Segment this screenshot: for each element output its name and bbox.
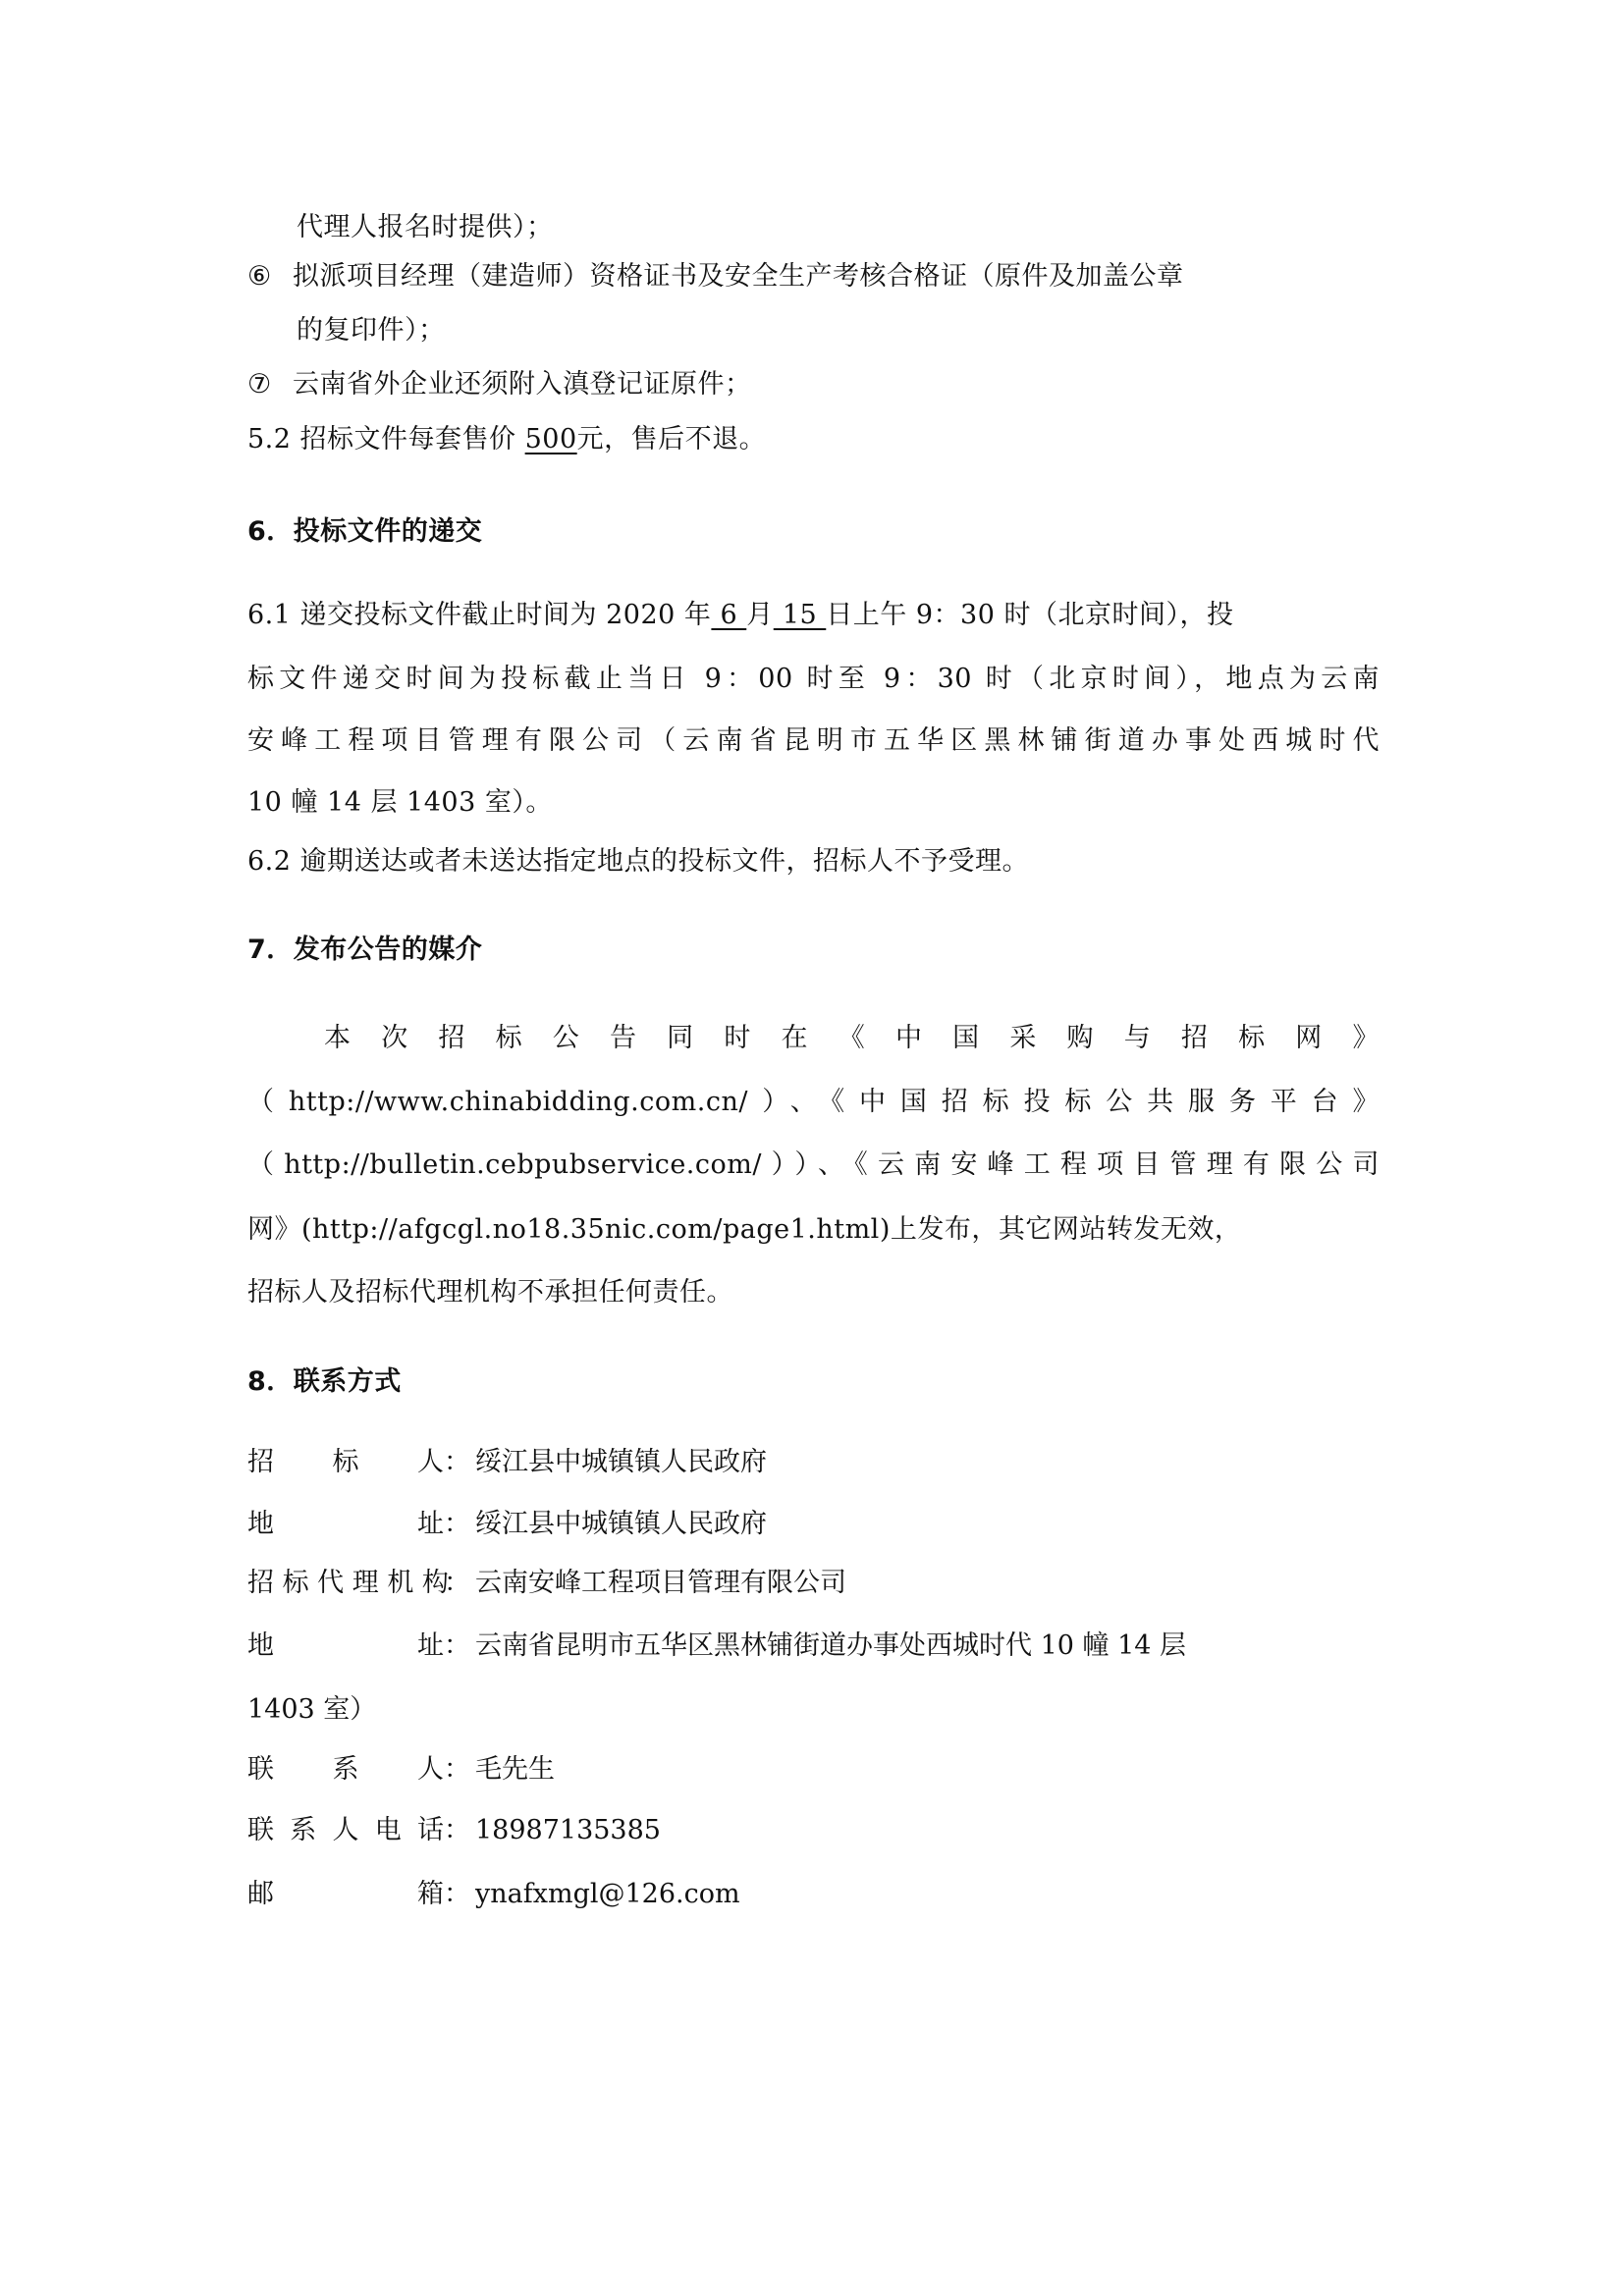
p61-line3: 安峰工程项目管理有限公司（云南省昆明市五华区黑林铺街道办事处西城时代 xyxy=(247,723,1380,759)
colon: ： xyxy=(444,1566,475,1601)
contact-label: 邮 箱 xyxy=(247,1877,444,1912)
item6-text: 拟派项目经理（建造师）资格证书及安全生产考核合格证（原件及加盖公章 xyxy=(293,261,1184,292)
p52-suffix: 元，售后不退。 xyxy=(577,424,767,454)
p61-line4: 10 幢 14 层 1403 室）。 xyxy=(247,785,1380,821)
contact-label: 地 址 xyxy=(247,1629,444,1664)
document-page: 代理人报名时提供）； ⑥拟派项目经理（建造师）资格证书及安全生产考核合格证（原件… xyxy=(0,0,1624,2296)
paragraph-6-2: 6.2 逾期送达或者未送达指定地点的投标文件，招标人不予受理。 xyxy=(247,844,1380,880)
contact-value: ynafxmgl@126.com xyxy=(475,1879,740,1909)
contact-value: 绥江县中城镇镇人民政府 xyxy=(475,1447,767,1477)
item6-line1: ⑥拟派项目经理（建造师）资格证书及安全生产考核合格证（原件及加盖公章 xyxy=(247,259,1380,294)
colon: ： xyxy=(444,1629,475,1664)
colon: ： xyxy=(444,1507,475,1542)
section-8-heading: 8．联系方式 xyxy=(247,1364,1380,1400)
price-value: 500 xyxy=(525,424,577,454)
contact-tenderer: 招 标 人：绥江县中城镇镇人民政府 xyxy=(247,1445,767,1480)
p61-a: 6.1 递交投标文件截止时间为 2020 年 xyxy=(247,600,711,630)
colon: ： xyxy=(444,1813,475,1848)
contact-label: 招 标 人 xyxy=(247,1445,444,1480)
contact-person: 联 系 人：毛先生 xyxy=(247,1752,555,1788)
s7-line1: 本次招标公告同时在《中国采购与招标网》 xyxy=(324,1021,1380,1056)
item5-continuation: 代理人报名时提供）； xyxy=(297,210,1380,245)
contact-tenderer-address: 地 址：绥江县中城镇镇人民政府 xyxy=(247,1507,767,1542)
contact-agency: 招 标 代 理 机 构：云南安峰工程项目管理有限公司 xyxy=(247,1566,846,1601)
colon: ： xyxy=(444,1877,475,1912)
s7-line5: 招标人及招标代理机构不承担任何责任。 xyxy=(247,1275,1380,1310)
item7-marker: ⑦ xyxy=(247,367,293,402)
contact-value: 云南省昆明市五华区黑林铺街道办事处西城时代 10 幢 14 层 xyxy=(475,1630,1186,1661)
contact-value: 毛先生 xyxy=(475,1754,555,1785)
item7-text: 云南省外企业还须附入滇登记证原件； xyxy=(293,369,752,400)
contact-label: 地 址 xyxy=(247,1507,444,1542)
contact-value: 18987135385 xyxy=(475,1815,661,1845)
contact-value: 1403 室） xyxy=(247,1694,376,1725)
item6-marker: ⑥ xyxy=(247,259,293,294)
contact-label: 招 标 代 理 机 构 xyxy=(247,1566,444,1601)
paragraph-5-2: 5.2 招标文件每套售价 500元，售后不退。 xyxy=(247,422,1380,457)
contact-phone: 联 系 人 电 话：18987135385 xyxy=(247,1813,661,1848)
contact-label: 联 系 人 xyxy=(247,1752,444,1788)
colon: ： xyxy=(444,1752,475,1788)
section-6-heading: 6．投标文件的递交 xyxy=(247,514,1380,550)
s7-line4: 网》(http://afgcgl.no18.35nic.com/page1.ht… xyxy=(247,1212,1380,1248)
contact-value: 绥江县中城镇镇人民政府 xyxy=(475,1509,767,1539)
contact-label: 联 系 人 电 话 xyxy=(247,1813,444,1848)
p61-line2: 标文件递交时间为投标截止当日 9：00 时至 9：30 时（北京时间），地点为云… xyxy=(247,662,1380,697)
section-7-heading: 7．发布公告的媒介 xyxy=(247,933,1380,968)
p61-c: 日上午 9：30 时（北京时间），投 xyxy=(826,600,1233,630)
s7-line3: （http://bulletin.cebpubservice.com/））、《云… xyxy=(247,1148,1380,1183)
p52-prefix: 5.2 招标文件每套售价 xyxy=(247,424,516,454)
item7: ⑦云南省外企业还须附入滇登记证原件； xyxy=(247,367,1380,402)
contact-email: 邮 箱：ynafxmgl@126.com xyxy=(247,1877,740,1912)
colon: ： xyxy=(444,1445,475,1480)
deadline-day: 15 xyxy=(774,600,827,630)
item6-line2: 的复印件）； xyxy=(297,313,1380,348)
p61-b: 月 xyxy=(746,600,774,630)
deadline-month: 6 xyxy=(711,600,746,630)
p61-line1: 6.1 递交投标文件截止时间为 2020 年 6 月 15 日上午 9：30 时… xyxy=(247,598,1380,633)
s7-line2: （http://www.chinabidding.com.cn/）、《中国招标投… xyxy=(247,1085,1380,1120)
contact-value: 云南安峰工程项目管理有限公司 xyxy=(475,1568,846,1598)
contact-agency-address: 地 址：云南省昆明市五华区黑林铺街道办事处西城时代 10 幢 14 层 xyxy=(247,1629,1186,1664)
contact-agency-address-cont: 1403 室） xyxy=(247,1692,376,1728)
